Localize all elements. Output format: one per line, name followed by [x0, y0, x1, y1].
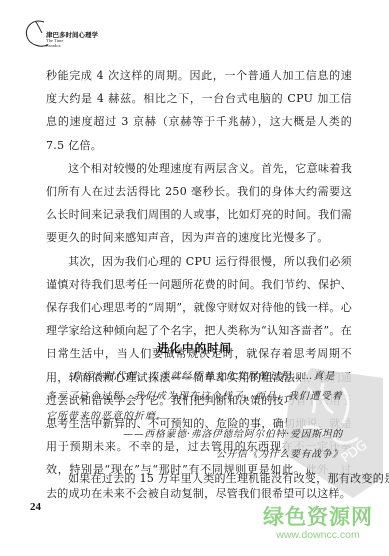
watermark-site-name: 绿色资源网: [248, 505, 388, 529]
epigraph-text: 自远古时代起，人类就经历着文化发展的过程……真是多亏了这个过程，我们成为现在这个…: [46, 367, 346, 427]
running-header: 津巴多时间心理学 The Time Paradox: [24, 18, 144, 50]
watermark-url: www.downcc.com: [248, 529, 388, 542]
site-watermark: 绿色资源网 www.downcc.com: [248, 505, 388, 542]
page-number: 24: [30, 501, 41, 513]
epigraph-attribution: ——西格蒙德·弗洛伊德给阿尔伯特·爱因斯坦的 公开信《为什么要有战争》: [43, 425, 343, 465]
paragraph: 如果在过去的 15 万年里人类的生理机能没有改变，那有改变的是什: [46, 468, 352, 490]
attribution-line: 公开信《为什么要有战争》: [43, 445, 343, 465]
book-title-english: The Time Paradox: [46, 38, 63, 48]
section-heading: 进化中的时间: [0, 340, 389, 356]
paragraph: 这个相对较慢的处理速度有两层含义。首先，它意味着我们所有人在过去活得比 250 …: [46, 157, 352, 250]
epigraph: 自远古时代起，人类就经历着文化发展的过程……真是多亏了这个过程，我们成为现在这个…: [46, 367, 346, 427]
attribution-line: ——西格蒙德·弗洛伊德给阿尔伯特·爱因斯坦的: [43, 425, 343, 445]
paragraph: 秒能完成 4 次这样的周期。因此，一个普通人加工信息的速度大约是 4 赫兹。相比…: [46, 64, 352, 157]
